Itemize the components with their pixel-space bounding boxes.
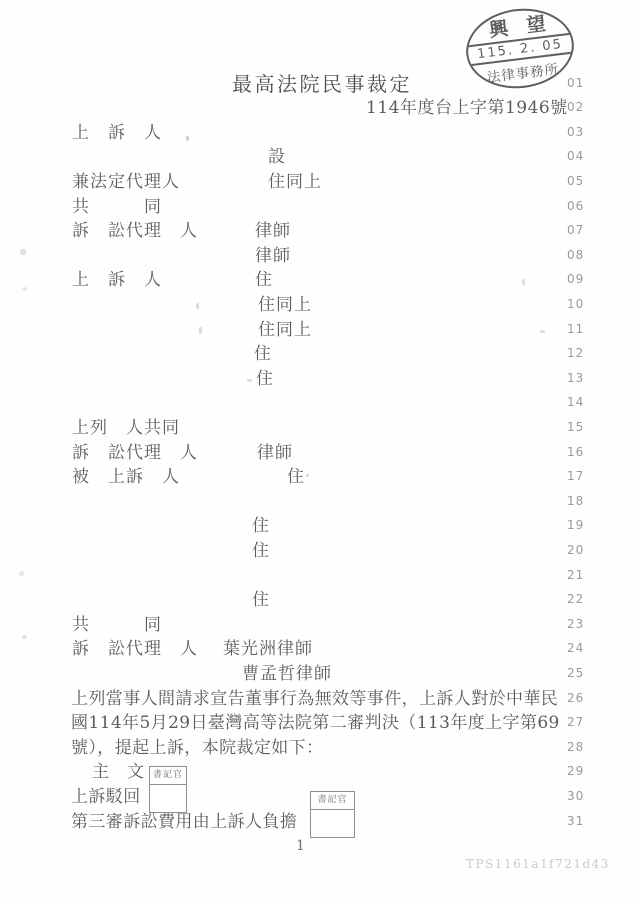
line-text: 號），提起上訴，本院裁定如下： [71, 736, 324, 761]
document-line-08: 律師08 [0, 244, 640, 269]
party-role-label: 上 訴 人 [72, 121, 162, 146]
document-line-05: 兼法定代理人住同上05 [0, 170, 640, 195]
scan-artifact [306, 474, 309, 477]
document-line-21: 21 [0, 564, 640, 589]
line-text: 第三審訴訟費用由上訴人負擔 [71, 810, 297, 835]
scan-artifact [19, 571, 24, 576]
line-number: 15 [567, 416, 584, 438]
party-value: 住 [254, 342, 272, 367]
party-value: 住 [255, 268, 273, 293]
line-number: 28 [567, 736, 584, 758]
party-value: 住同上 [258, 318, 312, 343]
line-number: 14 [567, 391, 584, 413]
line-number: 26 [567, 687, 584, 709]
document-line-25: 曹孟哲律師25 [0, 662, 640, 687]
party-role-label: 上列 人共同 [72, 416, 180, 441]
party-value: 律師 [255, 219, 291, 244]
document-lines: 最高法院民事裁定01114年度台上字第1946號02上 訴 人03設04兼法定代… [0, 0, 640, 905]
page-number: 1 [296, 838, 305, 854]
clerk-stamp: 書記官 [149, 766, 187, 813]
line-number: 10 [567, 293, 584, 315]
clerk-stamp-label: 書記官 [311, 792, 354, 810]
scan-artifact [22, 287, 27, 291]
party-value: 住同上 [258, 293, 312, 318]
party-role-label: 訴 訟代理 人 [72, 441, 198, 466]
line-number: 06 [567, 195, 584, 217]
line-number: 19 [567, 514, 584, 536]
line-number: 03 [567, 121, 584, 143]
line-number: 12 [567, 342, 584, 364]
party-value: 住同上 [268, 170, 322, 195]
party-role-label: 被 上訴 人 [72, 465, 180, 490]
party-value: 住 [252, 588, 270, 613]
scan-artifact [186, 136, 189, 141]
line-number: 20 [567, 539, 584, 561]
line-text: 國114年5月29日臺灣高等法院第二審判決（113年度上字第69 [71, 711, 560, 736]
party-value: 住 [256, 367, 274, 392]
line-number: 04 [567, 145, 584, 167]
scan-artifact [522, 279, 525, 285]
document-line-03: 上 訴 人03 [0, 121, 640, 146]
document-line-20: 住20 [0, 539, 640, 564]
line-number: 31 [567, 810, 584, 832]
line-number: 29 [567, 760, 584, 782]
line-number: 01 [567, 72, 584, 94]
line-text: 114年度台上字第1946號 [366, 96, 568, 121]
document-line-29: 主 文29 [0, 760, 640, 785]
line-number: 18 [567, 490, 584, 512]
line-number: 09 [567, 268, 584, 290]
document-line-02: 114年度台上字第1946號02 [0, 96, 640, 121]
document-line-04: 設04 [0, 145, 640, 170]
party-value: 葉光洲律師 [223, 637, 313, 662]
document-line-24: 訴 訟代理 人葉光洲律師24 [0, 637, 640, 662]
document-line-10: 住同上10 [0, 293, 640, 318]
scan-artifact [540, 330, 545, 333]
document-line-16: 訴 訟代理 人律師16 [0, 441, 640, 466]
line-number: 11 [567, 318, 584, 340]
document-line-09: 上 訴 人住09 [0, 268, 640, 293]
line-number: 05 [567, 170, 584, 192]
document-line-01: 最高法院民事裁定01 [0, 72, 640, 97]
line-number: 22 [567, 588, 584, 610]
line-number: 25 [567, 662, 584, 684]
party-value: 律師 [257, 441, 293, 466]
scan-code: TPS1161a1f721d43 [466, 857, 610, 871]
party-value: 設 [268, 145, 286, 170]
line-number: 17 [567, 465, 584, 487]
party-role-label: 共 同 [72, 195, 162, 220]
scan-artifact [196, 303, 199, 309]
document-line-27: 國114年5月29日臺灣高等法院第二審判決（113年度上字第6927 [0, 711, 640, 736]
line-text: 最高法院民事裁定 [232, 72, 412, 97]
line-number: 30 [567, 785, 584, 807]
document-line-13: 住13 [0, 367, 640, 392]
line-number: 27 [567, 711, 584, 733]
scan-artifact [199, 327, 202, 334]
line-text: 上列當事人間請求宣告董事行為無效等事件，上訴人對於中華民 [71, 687, 558, 712]
line-number: 24 [567, 637, 584, 659]
document-line-06: 共 同06 [0, 195, 640, 220]
document-line-22: 住22 [0, 588, 640, 613]
document-line-07: 訴 訟代理 人律師07 [0, 219, 640, 244]
line-text: 上訴駁回 [71, 785, 141, 810]
document-line-23: 共 同23 [0, 613, 640, 638]
party-role-label: 共 同 [72, 613, 162, 638]
party-role-label: 上 訴 人 [72, 268, 162, 293]
party-value: 住 [287, 465, 305, 490]
line-number: 16 [567, 441, 584, 463]
document-line-17: 被 上訴 人住17 [0, 465, 640, 490]
party-role-label: 兼法定代理人 [72, 170, 180, 195]
document-line-18: 18 [0, 490, 640, 515]
line-number: 23 [567, 613, 584, 635]
party-role-label: 訴 訟代理 人 [72, 637, 198, 662]
scan-artifact [247, 379, 252, 382]
party-value: 住 [252, 539, 270, 564]
line-text: 主 文 [92, 760, 145, 785]
scan-artifact [20, 249, 26, 255]
document-line-15: 上列 人共同15 [0, 416, 640, 441]
line-number: 08 [567, 244, 584, 266]
document-line-28: 號），提起上訴，本院裁定如下：28 [0, 736, 640, 761]
line-number: 21 [567, 564, 584, 586]
party-role-label: 訴 訟代理 人 [72, 219, 198, 244]
line-number: 07 [567, 219, 584, 241]
line-number: 02 [567, 96, 584, 118]
document-line-12: 住12 [0, 342, 640, 367]
clerk-stamp-label: 書記官 [150, 767, 186, 785]
party-value: 律師 [255, 244, 291, 269]
scan-artifact [22, 635, 27, 639]
document-line-14: 14 [0, 391, 640, 416]
document-line-26: 上列當事人間請求宣告董事行為無效等事件，上訴人對於中華民26 [0, 687, 640, 712]
line-number: 13 [567, 367, 584, 389]
scanned-court-ruling-page: 興 望 115. 2. 05 法律事務所 最高法院民事裁定01114年度台上字第… [0, 0, 640, 905]
clerk-stamp: 書記官 [310, 791, 355, 838]
party-value: 住 [252, 514, 270, 539]
party-value: 曹孟哲律師 [242, 662, 332, 687]
document-line-19: 住19 [0, 514, 640, 539]
